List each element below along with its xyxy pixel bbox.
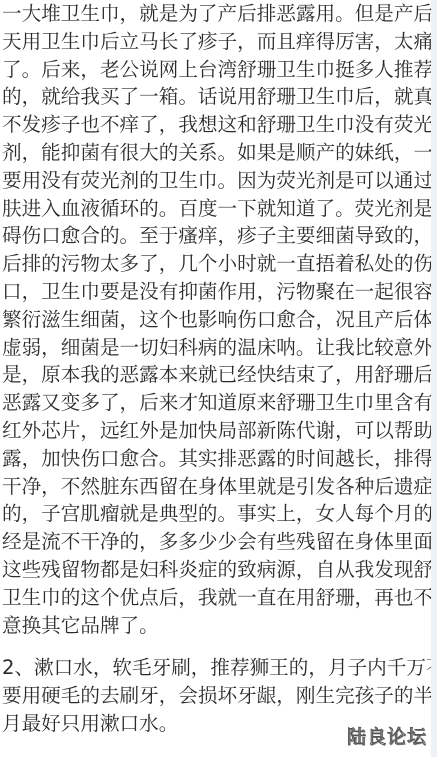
text-line: 红外芯片，远红外是加快局部新陈代谢，可以帮助恶 xyxy=(2,417,422,445)
text-line: 一大堆卫生巾，就是为了产后排恶露用。但是产后天 xyxy=(2,0,422,28)
forum-watermark: 陆良论坛 xyxy=(347,722,427,749)
text-line: 后排的污物太多了，几个小时就一直捂着私处的伤 xyxy=(2,250,422,278)
text-line: 繁衍滋生细菌，这个也影响伤口愈合，况且产后体质 xyxy=(2,306,422,334)
text-line: 的，就给我买了一箱。话说用舒珊卫生巾后，就真的 xyxy=(2,83,422,111)
text-line: 碍伤口愈合的。至于瘙痒，疹子主要细菌导致的，产 xyxy=(2,222,422,250)
text-line: 口，卫生巾要是没有抑菌作用，污物聚在一起很容易 xyxy=(2,278,422,306)
article-body: 一大堆卫生巾，就是为了产后排恶露用。但是产后天 天用卫生巾后立马长了疹子，而且痒… xyxy=(2,0,422,738)
text-line: 的，子宫肌瘤就是典型的。事实上，女人每个月的月 xyxy=(2,500,422,528)
text-line: 虚弱，细菌是一切妇科病的温床呐。让我比较意外的 xyxy=(2,334,422,362)
text-line: 肤进入血液循环的。百度一下就知道了。荧光剂是妨 xyxy=(2,195,422,223)
text-line: 恶露又变多了，后来才知道原来舒珊卫生巾里含有远 xyxy=(2,389,422,417)
text-line: 露，加快伤口愈合。其实排恶露的时间越长，排得越 xyxy=(2,445,422,473)
text-line: 要用硬毛的去刷牙，会损坏牙龈，刚生完孩子的半个 xyxy=(2,682,422,710)
text-line: 要用没有荧光剂的卫生巾。因为荧光剂是可以通过皮 xyxy=(2,167,422,195)
text-line: 这些残留物都是妇科炎症的致病源，自从我发现舒珊 xyxy=(2,556,422,584)
page-edge-strip xyxy=(431,0,437,757)
text-line: 是，原本我的恶露本来就已经快结束了，用舒珊后， xyxy=(2,361,422,389)
text-line: 经是流不干净的，多多少少会有些残留在身体里面， xyxy=(2,528,422,556)
paragraph-1: 一大堆卫生巾，就是为了产后排恶露用。但是产后天 天用卫生巾后立马长了疹子，而且痒… xyxy=(2,0,422,639)
text-line: 干净，不然脏东西留在身体里就是引发各种后遗症 xyxy=(2,473,422,501)
text-line: 天用卫生巾后立马长了疹子，而且痒得厉害，太痛苦 xyxy=(2,28,422,56)
text-line: 2、漱口水，软毛牙刷，推荐狮王的，月子内千万不 xyxy=(2,654,422,682)
text-line: 不发疹子也不痒了，我想这和舒珊卫生巾没有荧光 xyxy=(2,111,422,139)
text-line: 了。后来，老公说网上台湾舒珊卫生巾挺多人推荐 xyxy=(2,56,422,84)
text-line: 剂，能抑菌有很大的关系。如果是顺产的妹纸，一定 xyxy=(2,139,422,167)
text-line: 卫生巾的这个优点后，我就一直在用舒珊，再也不愿 xyxy=(2,584,422,612)
text-line: 意换其它品牌了。 xyxy=(2,612,422,640)
